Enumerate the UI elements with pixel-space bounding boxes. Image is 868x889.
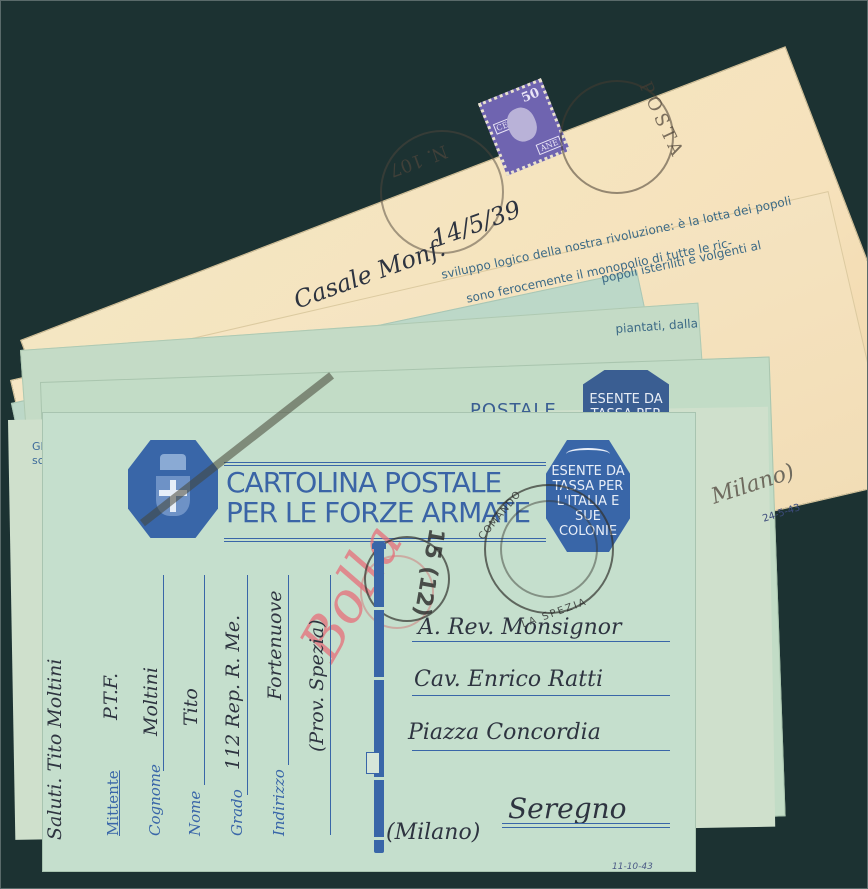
address-rule (412, 695, 670, 696)
address-line-1: A. Rev. Monsignor (418, 615, 622, 640)
label-indirizzo: Indirizzo (270, 769, 288, 836)
stamp-value: 50 (520, 85, 542, 106)
crown-icon (160, 454, 186, 470)
address-line-2: Cav. Enrico Ratti (414, 667, 603, 692)
fasces-band (372, 777, 386, 780)
address-rule (412, 641, 670, 642)
value-nome: Tito (180, 688, 202, 726)
field-line (247, 575, 248, 795)
value-cognome: Moltini (140, 667, 162, 736)
field-line (163, 575, 164, 771)
stamp-bottom-label: ANE (536, 136, 563, 155)
wave-icon (566, 448, 610, 460)
label-mittente: Mittente (104, 770, 122, 836)
label-grado: Grado (228, 789, 246, 836)
fasces-band (372, 837, 386, 840)
address-city: Seregno (508, 792, 627, 825)
stamp-portrait (503, 104, 542, 146)
value-indirizzo-province: (Prov. Spezia) (306, 619, 328, 752)
fasces-icon (374, 547, 384, 853)
esente-line: ESENTE DA (546, 464, 630, 479)
pencil-date-front: 11-10-43 (612, 862, 653, 872)
back-card-esente-badge: ESENTE DA TASSA PER (583, 370, 669, 418)
address-line-3: Piazza Concordia (408, 720, 601, 745)
field-line (288, 575, 289, 765)
comando-postmark-inner (500, 500, 598, 598)
value-mittente: P.T.F. (100, 673, 122, 720)
axe-icon (366, 752, 380, 774)
field-line (204, 575, 205, 785)
fasces-band (372, 607, 386, 610)
address-rule (412, 750, 670, 751)
label-cognome: Cognome (146, 764, 164, 836)
fasces-tip (372, 541, 386, 549)
value-grado: 112 Rep. R. Me. (222, 615, 244, 770)
address-city-rule (502, 823, 670, 828)
value-indirizzo: Fortenuove (264, 591, 286, 700)
greeting-text: Saluti. Tito Moltini (44, 659, 66, 840)
fasces-band (372, 677, 386, 680)
address-province: (Milano) (386, 820, 480, 845)
label-nome: Nome (186, 791, 204, 836)
field-line (330, 575, 331, 835)
